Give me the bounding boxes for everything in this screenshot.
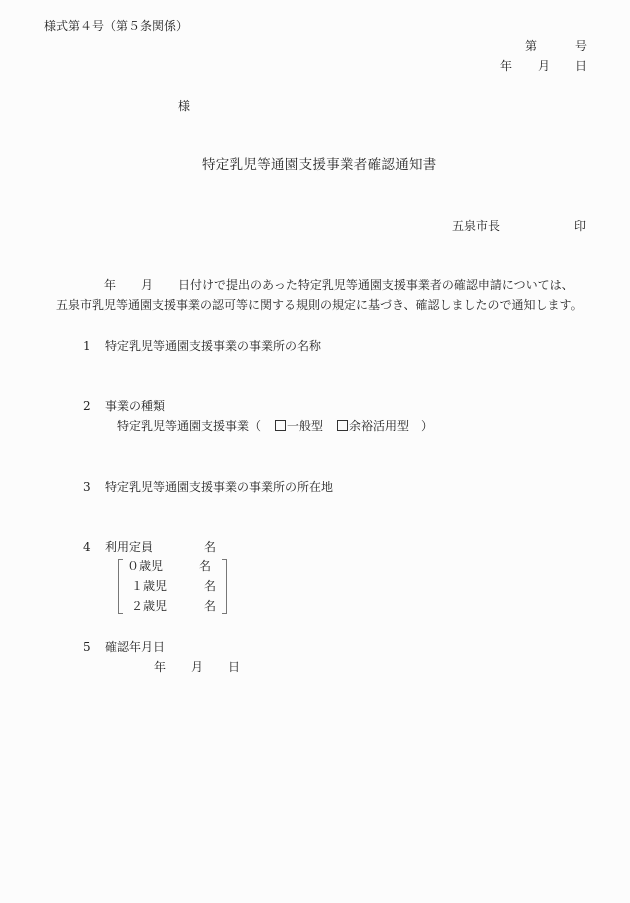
option-general-label: 一般型 [287,419,323,433]
left-bracket [118,559,123,614]
issue-date-month: 月 [538,59,550,73]
confirm-date-year: 年 [154,660,166,674]
body-line1-year: 年 [104,278,116,292]
item-2-number: 2 [83,399,91,413]
right-bracket [222,559,227,614]
checkbox-icon[interactable] [275,420,286,431]
issuer-seal: 印 [574,219,586,233]
option-surplus-use[interactable]: 余裕活用型 [337,419,409,433]
item-4-label: 利用定員 [105,540,153,554]
capacity-age1-label: １歳児 [131,579,167,593]
body-line2: 五泉市乳児等通園支援事業の認可等に関する規則の規定に基づき、確認しましたので通知… [56,298,583,312]
option-general[interactable]: 一般型 [275,419,323,433]
capacity-age0-unit: 名 [199,559,211,573]
doc-number-prefix: 第 [525,39,537,53]
business-type-suffix: ） [421,419,433,433]
issuer-name: 五泉市長 [452,219,500,233]
item-3-label: 特定乳児等通園支援事業の事業所の所在地 [105,480,333,494]
capacity-total-unit: 名 [204,540,216,554]
capacity-age1-unit: 名 [204,579,216,593]
item-1-label: 特定乳児等通園支援事業の事業所の名称 [105,339,321,353]
body-line1-rest: 日付けで提出のあった特定乳児等通園支援事業者の確認申請については、 [178,278,574,292]
body-line1-month: 月 [141,278,153,292]
confirm-date-month: 月 [191,660,203,674]
checkbox-icon[interactable] [337,420,348,431]
document-title: 特定乳児等通園支援事業者確認通知書 [202,158,437,172]
confirm-date-day: 日 [228,660,240,674]
item-4-number: 4 [83,540,91,554]
issue-date-year: 年 [500,59,512,73]
item-5-number: 5 [83,640,91,654]
option-surplus-use-label: 余裕活用型 [349,419,409,433]
capacity-age2-unit: 名 [204,599,216,613]
item-1-number: 1 [83,339,91,353]
business-type-prefix: 特定乳児等通園支援事業（ [117,419,261,433]
item-3-number: 3 [83,480,91,494]
form-number: 様式第４号（第５条関係） [44,19,188,33]
item-5-label: 確認年月日 [105,640,165,654]
issue-date-day: 日 [575,59,587,73]
doc-number-suffix: 号 [575,39,587,53]
item-2-label: 事業の種類 [105,399,165,413]
addressee-honorific: 様 [178,99,190,113]
capacity-age0-label: ０歳児 [127,559,163,573]
capacity-age2-label: ２歳児 [131,599,167,613]
